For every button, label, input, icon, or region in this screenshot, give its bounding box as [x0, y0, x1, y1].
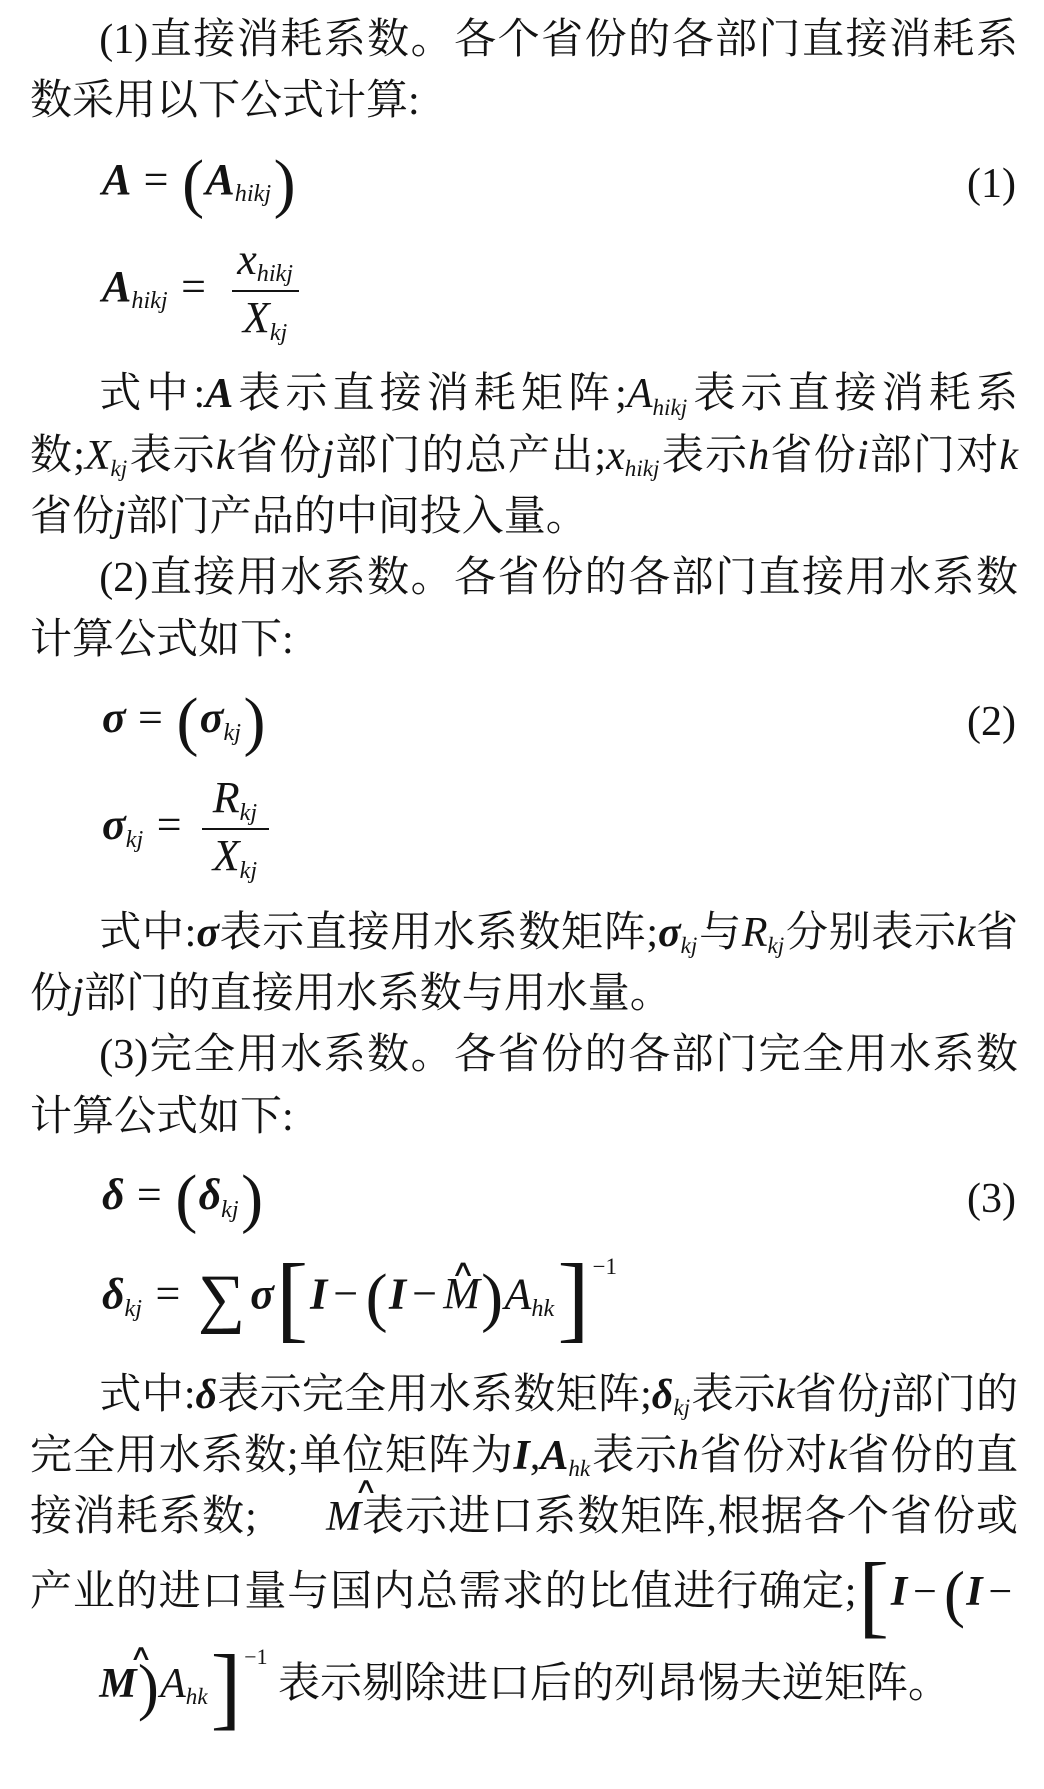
- equation-number: (2): [967, 698, 1016, 746]
- equation: A=(Ahikj)(1): [30, 151, 1018, 217]
- big-paren-icon: ): [480, 1261, 505, 1334]
- equation: δ=(δkj)(3): [30, 1166, 1018, 1232]
- math-var: i: [857, 433, 869, 479]
- math-var-bold: δ: [652, 1372, 674, 1418]
- math-subscript: hikj: [131, 287, 168, 314]
- math-var-bold: I: [513, 1433, 529, 1479]
- text-run: 省份: [235, 433, 323, 479]
- text-run: 式中:: [99, 371, 205, 417]
- equation: Ahikj=xhikjXkj: [30, 235, 1018, 347]
- fraction-numerator: xhikj: [226, 235, 305, 290]
- math-fraction: RkjXkj: [202, 773, 270, 885]
- paragraph: (1)直接消耗系数。各个省份的各部门直接消耗系数采用以下公式计算:: [30, 10, 1018, 133]
- big-bracket-icon: [: [274, 1244, 310, 1351]
- math-subscript: kj: [125, 1295, 144, 1322]
- text-run: 表示: [128, 433, 216, 479]
- text-run: 省份对: [699, 1433, 828, 1479]
- math-var-bold: A: [205, 155, 234, 204]
- hat-icon: ∧: [25, 1643, 153, 1665]
- paragraph: (2)直接用水系数。各省份的各部门直接用水系数计算公式如下:: [30, 548, 1018, 671]
- document-page: (1)直接消耗系数。各个省份的各部门直接消耗系数采用以下公式计算:A=(Ahik…: [0, 0, 1044, 1733]
- math-subscript: kj: [221, 1196, 240, 1223]
- big-paren-icon: (: [174, 1162, 199, 1235]
- math-var: k: [216, 433, 235, 479]
- math-var: j: [879, 1372, 891, 1418]
- math-var: R: [742, 910, 768, 956]
- text-run: 省份: [795, 1372, 880, 1418]
- equation-number: (1): [967, 159, 1016, 207]
- math-var: A: [504, 1269, 531, 1318]
- math-relation: =: [131, 155, 180, 204]
- math-subscript: kj: [767, 932, 785, 958]
- math-var-bold: I: [966, 1569, 982, 1615]
- text-run: (2)直接用水系数。各省份的各部门直接用水系数计算公式如下:: [30, 555, 1018, 662]
- text-run: 表示直接用水系数矩阵;: [219, 910, 658, 956]
- math-var: M: [99, 1661, 136, 1707]
- math-var-bold: δ: [199, 1170, 222, 1219]
- math-subscript: kj: [681, 932, 699, 958]
- math-var-bold: σ: [200, 693, 224, 742]
- text-run: 表示: [661, 433, 749, 479]
- math-relation: =: [143, 1269, 192, 1318]
- text-run: 分别表示: [785, 910, 956, 956]
- math-var-bold: I: [389, 1269, 406, 1318]
- math-var-hat: ∧M: [443, 1269, 480, 1320]
- math-subscript: hikj: [652, 394, 688, 420]
- math-subscript: kj: [673, 1394, 691, 1420]
- math-var: h: [678, 1433, 699, 1479]
- math-subscript: hikj: [235, 180, 272, 207]
- math-operator: −: [327, 1269, 364, 1318]
- math-var: k: [957, 910, 976, 956]
- math-var-hat: ∧M: [30, 1654, 137, 1715]
- document-body: (1)直接消耗系数。各个省份的各部门直接消耗系数采用以下公式计算:A=(Ahik…: [30, 10, 1018, 1733]
- big-paren-icon: (: [175, 685, 200, 758]
- math-var-bold: A: [102, 262, 131, 311]
- text-run: 部门对: [869, 433, 1000, 479]
- big-paren-icon: (: [181, 147, 206, 220]
- math-subscript: hk: [531, 1295, 555, 1322]
- sum-icon: ∑: [193, 1262, 251, 1335]
- math-var: A: [627, 371, 653, 417]
- text-run: 表示完全用水系数矩阵;: [217, 1372, 652, 1418]
- text-run: ,: [530, 1433, 541, 1479]
- text-run: (1)直接消耗系数。各个省份的各部门直接消耗系数采用以下公式计算:: [30, 17, 1018, 124]
- text-run: (3)完全用水系数。各省份的各部门完全用水系数计算公式如下:: [30, 1032, 1018, 1139]
- math-superscript: −1: [591, 1254, 616, 1279]
- math-var-bold: I: [310, 1269, 327, 1318]
- text-run: 部门的直接用水系数与用水量。: [84, 971, 672, 1017]
- math-var-bold: σ: [196, 910, 219, 956]
- big-paren-icon: (: [943, 1559, 966, 1629]
- text-run: 与: [698, 910, 741, 956]
- math-var: M: [326, 1494, 361, 1540]
- text-run: 式中:: [99, 1372, 195, 1418]
- big-paren-icon: ): [242, 685, 267, 758]
- math-subscript: kj: [240, 799, 259, 826]
- math-var-bold: σ: [102, 800, 126, 849]
- math-var: R: [213, 773, 240, 822]
- math-var-bold: σ: [250, 1269, 274, 1318]
- math-subscript: hk: [186, 1683, 209, 1709]
- text-run: 省份: [769, 433, 857, 479]
- math-var: j: [72, 971, 84, 1017]
- math-var: k: [999, 433, 1018, 479]
- math-subscript: hk: [568, 1455, 591, 1481]
- math-var-bold: δ: [102, 1170, 125, 1219]
- math-subscript: hikj: [257, 260, 294, 287]
- math-var: k: [776, 1372, 795, 1418]
- equation: σkj=RkjXkj: [30, 773, 1018, 885]
- fraction-numerator: Rkj: [202, 773, 270, 828]
- text-run: 表示直接消耗矩阵;: [233, 371, 627, 417]
- hat-icon: ∧: [451, 1258, 476, 1281]
- math-relation: =: [144, 800, 193, 849]
- math-subscript: kj: [126, 826, 145, 853]
- hat-icon: ∧: [250, 1476, 378, 1498]
- math-subscript: kj: [270, 319, 289, 346]
- math-var: j: [322, 433, 334, 479]
- math-var-bold: I: [891, 1569, 907, 1615]
- math-superscript: −1: [243, 1645, 267, 1669]
- text-run: 式中:: [99, 910, 196, 956]
- math-var-bold: A: [102, 155, 131, 204]
- math-var: j: [114, 494, 126, 540]
- text-run: 部门产品的中间投入量。: [126, 494, 588, 540]
- math-relation: =: [169, 262, 218, 311]
- math-operator: −: [983, 1569, 1018, 1615]
- big-bracket-icon: [: [856, 1544, 890, 1646]
- math-var: X: [213, 831, 240, 880]
- text-run: 省份: [30, 494, 114, 540]
- math-subscript: kj: [111, 455, 129, 481]
- math-var-bold: σ: [102, 693, 126, 742]
- big-paren-icon: ): [272, 147, 297, 220]
- big-paren-icon: (: [364, 1261, 389, 1334]
- math-relation: =: [126, 693, 175, 742]
- equation: δkj=∑σ[I−(I−∧M)Ahk]−1: [30, 1250, 1018, 1347]
- paragraph: 式中:δ表示完全用水系数矩阵;δkj表示k省份j部门的完全用水系数;单位矩阵为I…: [30, 1365, 1018, 1734]
- equation: σ=(σkj)(2): [30, 689, 1018, 755]
- math-var: X: [85, 433, 111, 479]
- math-subscript: kj: [224, 719, 243, 746]
- math-var: X: [243, 293, 270, 342]
- math-operator: −: [406, 1269, 443, 1318]
- big-bracket-icon: ]: [555, 1244, 591, 1351]
- paragraph: 式中:A表示直接消耗矩阵;Ahikj表示直接消耗系数;Xkj表示k省份j部门的总…: [30, 364, 1018, 548]
- math-var-bold: σ: [658, 910, 681, 956]
- math-var-bold: A: [540, 1433, 568, 1479]
- math-var: x: [237, 235, 257, 284]
- math-fraction: xhikjXkj: [226, 235, 305, 347]
- math-relation: =: [125, 1170, 174, 1219]
- math-operator: −: [907, 1569, 942, 1615]
- fraction-denominator: Xkj: [232, 290, 300, 347]
- paragraph: 式中:σ表示直接用水系数矩阵;σkj与Rkj分别表示k省份j部门的直接用水系数与…: [30, 903, 1018, 1026]
- math-var-bold: A: [205, 371, 233, 417]
- text-run: 表示: [691, 1372, 776, 1418]
- text-run: 部门的总产出;: [334, 433, 606, 479]
- math-subscript: kj: [240, 857, 259, 884]
- math-var-bold: δ: [196, 1372, 218, 1418]
- text-run: 表示: [591, 1433, 677, 1479]
- fraction-denominator: Xkj: [202, 828, 270, 885]
- math-var: x: [606, 433, 625, 479]
- math-subscript: hikj: [625, 455, 661, 481]
- math-var: h: [748, 433, 769, 479]
- paragraph: (3)完全用水系数。各省份的各部门完全用水系数计算公式如下:: [30, 1025, 1018, 1148]
- math-var-hat: ∧M: [257, 1487, 361, 1548]
- big-bracket-icon: ]: [209, 1636, 243, 1738]
- math-var-bold: δ: [102, 1269, 125, 1318]
- big-paren-icon: ): [240, 1162, 265, 1235]
- equation-number: (3): [967, 1175, 1016, 1223]
- text-run: 表示剔除进口后的列昂惕夫逆矩阵。: [268, 1661, 951, 1707]
- math-var: A: [160, 1661, 186, 1707]
- math-var: k: [828, 1433, 847, 1479]
